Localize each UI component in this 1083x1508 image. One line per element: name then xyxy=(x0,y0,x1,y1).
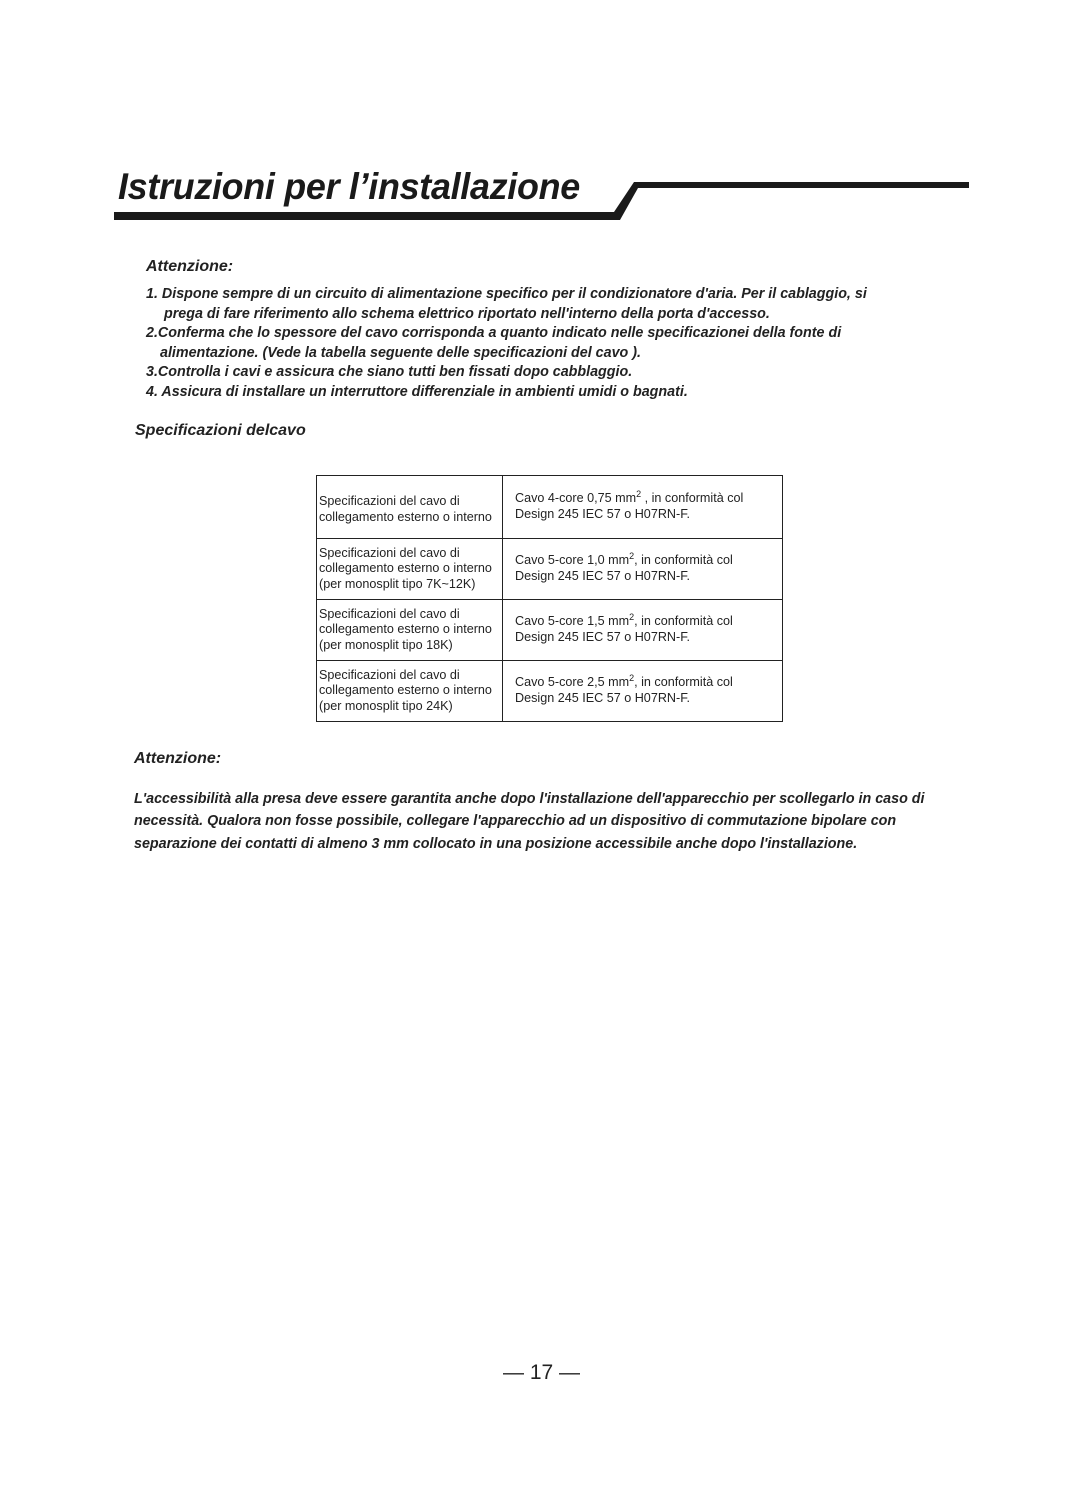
spec-value-cell: Cavo 4-core 0,75 mm2 , in conformità col… xyxy=(503,476,783,539)
spec-value-cell: Cavo 5-core 2,5 mm2, in conformità colDe… xyxy=(503,661,783,722)
table-row: Specificazioni del cavo di collegamento … xyxy=(317,539,783,600)
list-item: 3.Controlla i cavi e assicura che siano … xyxy=(146,363,966,383)
attention-heading-2: Attenzione: xyxy=(134,750,221,768)
page-header: Istruzioni per l’installazione xyxy=(0,0,1083,240)
spec-key-cell: Specificazioni del cavo di collegamento … xyxy=(317,539,503,600)
table-row: Specificazioni del cavo di collegamento … xyxy=(317,600,783,661)
spec-value-cell: Cavo 5-core 1,0 mm2, in conformità colDe… xyxy=(503,539,783,600)
table-row: Specificazioni del cavo di collegamento … xyxy=(317,476,783,539)
cable-spec-heading: Specificazioni delcavo xyxy=(135,422,306,440)
attention-heading: Attenzione: xyxy=(146,258,233,276)
attention-list: 1. Dispone sempre di un circuito di alim… xyxy=(146,285,966,403)
list-item: 1. Dispone sempre di un circuito di alim… xyxy=(146,285,966,324)
list-item: 2.Conferma che lo spessore del cavo corr… xyxy=(146,324,966,363)
page-title: Istruzioni per l’installazione xyxy=(118,166,580,208)
accessibility-note: L'accessibilità alla presa deve essere g… xyxy=(134,788,964,855)
spec-key-cell: Specificazioni del cavo di collegamento … xyxy=(317,600,503,661)
page-number: — 17 — xyxy=(0,1361,1083,1385)
list-item: 4. Assicura di installare un interruttor… xyxy=(146,383,966,403)
table-row: Specificazioni del cavo di collegamento … xyxy=(317,661,783,722)
cable-spec-table: Specificazioni del cavo di collegamento … xyxy=(316,475,783,722)
spec-key-cell: Specificazioni del cavo di collegamento … xyxy=(317,661,503,722)
spec-value-cell: Cavo 5-core 1,5 mm2, in conformità colDe… xyxy=(503,600,783,661)
spec-key-cell: Specificazioni del cavo di collegamento … xyxy=(317,476,503,539)
